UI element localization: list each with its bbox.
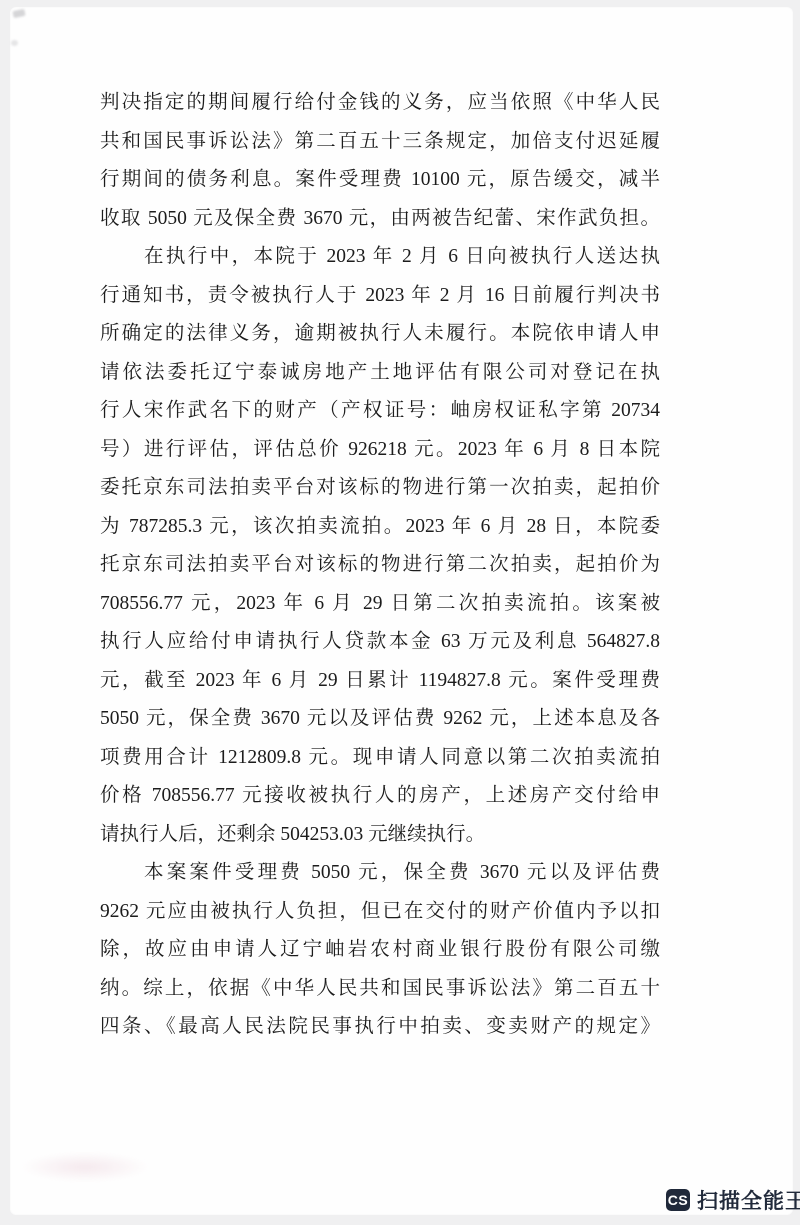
text-line: 行期间的债务利息。案件受理费 10100 元，原告缓交，减半 bbox=[100, 161, 660, 200]
document-body: 判决指定的期间履行给付金钱的义务，应当依照《中华人民 共和国民事诉讼法》第二百五… bbox=[100, 84, 660, 1047]
text-line: 执行人应给付申请执行人贷款本金 63 万元及利息 564827.8 bbox=[100, 623, 660, 662]
text-line: 四条、《最高人民法院民事执行中拍卖、变卖财产的规定》 bbox=[100, 1008, 660, 1047]
text-line: 判决指定的期间履行给付金钱的义务，应当依照《中华人民 bbox=[100, 84, 660, 123]
document-page: 判决指定的期间履行给付金钱的义务，应当依照《中华人民 共和国民事诉讼法》第二百五… bbox=[10, 7, 793, 1215]
text-line: 在执行中，本院于 2023 年 2 月 6 日向被执行人送达执 bbox=[100, 238, 660, 277]
text-line: 9262 元应由被执行人负担，但已在交付的财产价值内予以扣 bbox=[100, 893, 660, 932]
text-line: 所确定的法律义务，逾期被执行人未履行。本院依申请人申 bbox=[100, 315, 660, 354]
scan-artifact-smudge bbox=[20, 1152, 150, 1182]
camscanner-cs-badge-icon: CS bbox=[666, 1189, 690, 1211]
text-line: 708556.77 元，2023 年 6 月 29 日第二次拍卖流拍。该案被 bbox=[100, 585, 660, 624]
paragraph-1: 判决指定的期间履行给付金钱的义务，应当依照《中华人民 共和国民事诉讼法》第二百五… bbox=[100, 84, 660, 238]
text-line: 5050 元，保全费 3670 元以及评估费 9262 元，上述本息及各 bbox=[100, 700, 660, 739]
text-line: 共和国民事诉讼法》第二百五十三条规定，加倍支付迟延履 bbox=[100, 123, 660, 162]
text-line: 号）进行评估，评估总价 926218 元。2023 年 6 月 8 日本院 bbox=[100, 431, 660, 470]
text-line: 本案案件受理费 5050 元，保全费 3670 元以及评估费 bbox=[100, 854, 660, 893]
camscanner-watermark: CS 扫描全能王 bbox=[666, 1185, 800, 1215]
text-line: 托京东司法拍卖平台对该标的物进行第二次拍卖，起拍价为 bbox=[100, 546, 660, 585]
scanned-document-image: { "page": { "paper_color": "#fefefe", "s… bbox=[0, 0, 800, 1225]
text-line: 请执行人后，还剩余 504253.03 元继续执行。 bbox=[100, 816, 660, 855]
paragraph-3: 本案案件受理费 5050 元，保全费 3670 元以及评估费 9262 元应由被… bbox=[100, 854, 660, 1047]
text-line: 除，故应由申请人辽宁岫岩农村商业银行股份有限公司缴 bbox=[100, 931, 660, 970]
paragraph-2: 在执行中，本院于 2023 年 2 月 6 日向被执行人送达执 行通知书，责令被… bbox=[100, 238, 660, 854]
text-line: 行通知书，责令被执行人于 2023 年 2 月 16 日前履行判决书 bbox=[100, 277, 660, 316]
text-line: 委托京东司法拍卖平台对该标的物进行第一次拍卖，起拍价 bbox=[100, 469, 660, 508]
scan-artifact-speck bbox=[11, 40, 18, 46]
text-line: 行人宋作武名下的财产（产权证号：岫房权证私字第 20734 bbox=[100, 392, 660, 431]
text-line: 收取 5050 元及保全费 3670 元，由两被告纪蕾、宋作武负担。 bbox=[100, 200, 660, 239]
text-line: 纳。综上，依据《中华人民共和国民事诉讼法》第二百五十 bbox=[100, 970, 660, 1009]
camscanner-label: 扫描全能王 bbox=[697, 1185, 800, 1215]
text-line: 项费用合计 1212809.8 元。现申请人同意以第二次拍卖流拍 bbox=[100, 739, 660, 778]
text-line: 元，截至 2023 年 6 月 29 日累计 1194827.8 元。案件受理费 bbox=[100, 662, 660, 701]
text-line: 价格 708556.77 元接收被执行人的房产，上述房产交付给申 bbox=[100, 777, 660, 816]
text-line: 请依法委托辽宁泰诚房地产土地评估有限公司对登记在执 bbox=[100, 354, 660, 393]
text-line: 为 787285.3 元，该次拍卖流拍。2023 年 6 月 28 日，本院委 bbox=[100, 508, 660, 547]
scan-artifact-speck bbox=[12, 9, 25, 18]
